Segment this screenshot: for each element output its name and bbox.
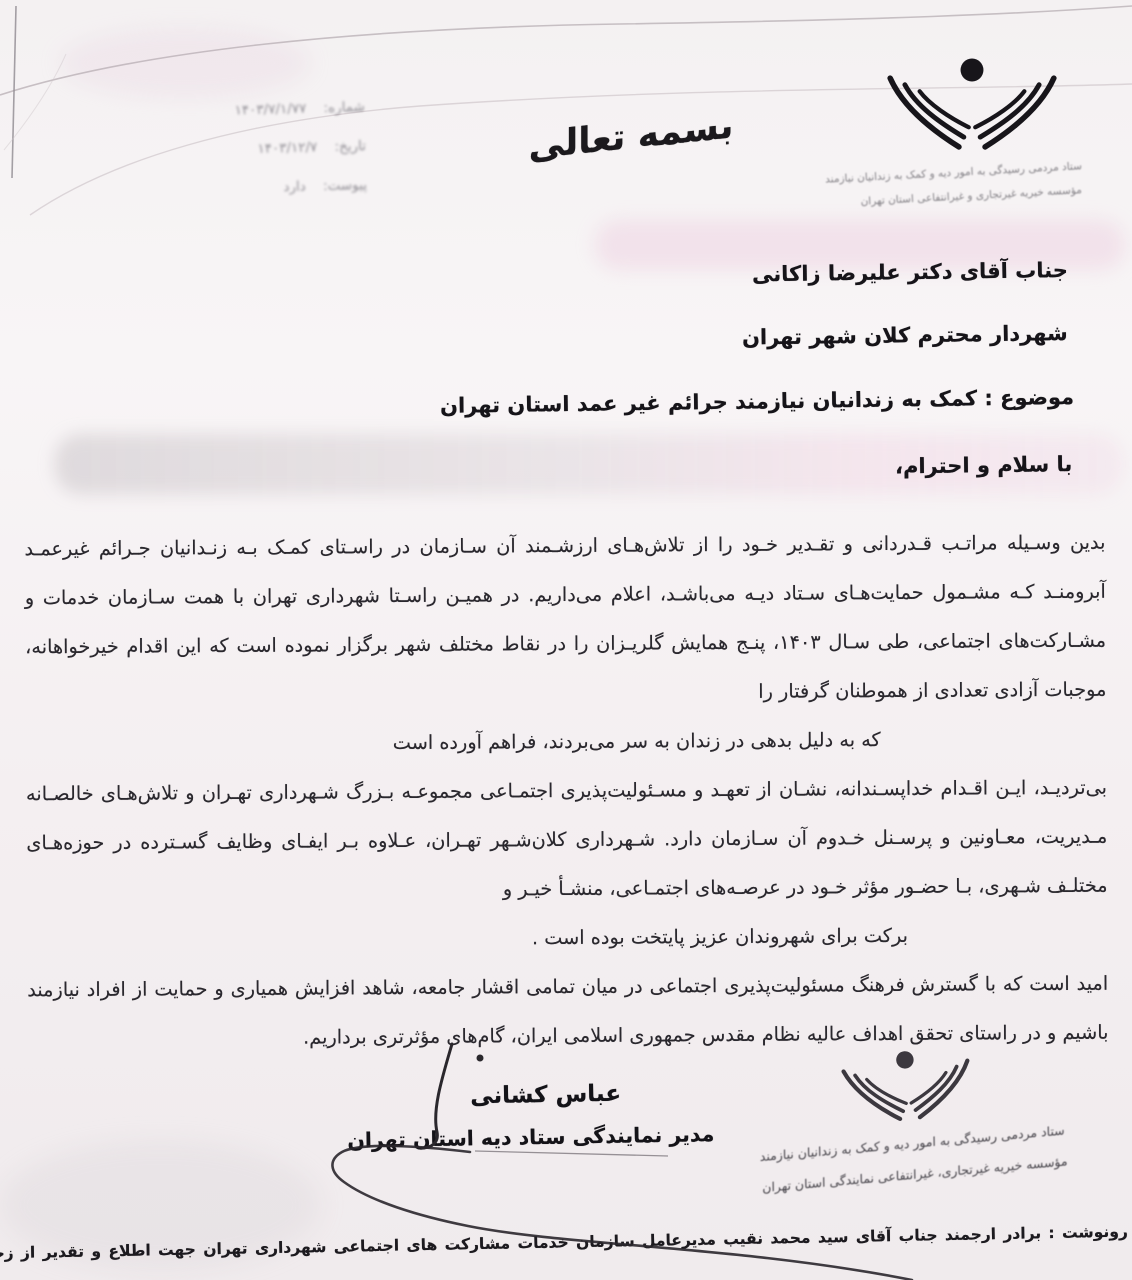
paragraph-1-lastline: که به دلیل بدهی در زندان به سر می‌بردند،…	[124, 715, 881, 769]
registry-stamp: شماره: ۱۴۰۳/۷/۱/۷۷ تاریخ: ۱۴۰۳/۱۲/۷ پیوس…	[65, 88, 368, 213]
recipient-name: جناب آقای دکتر علیرضا زاکانی	[752, 258, 1068, 286]
setad-dieh-logo-icon	[872, 52, 1072, 160]
salutation: با سلام و احترام،	[895, 452, 1073, 478]
bismillah-calligraphy: بسمه تعالی	[517, 104, 746, 169]
letter-body: بدین وسـیله مراتـب قـدردانی و تقـدیر خـو…	[24, 518, 1108, 1064]
cc-note: رونوشت : برادر ارجمند جناب آقای سید محمد…	[12, 1223, 1128, 1262]
subject-line: موضوع : کمک به زندانیان نیازمند جرائم غی…	[440, 385, 1074, 418]
signatory-title: مدیر نمایندگی ستاد دیه استان تهران	[378, 1122, 714, 1152]
org-stamp-logo-icon	[829, 1040, 986, 1135]
paragraph-1: بدین وسـیله مراتـب قـدردانی و تقـدیر خـو…	[24, 518, 1106, 721]
recipient-title: شهردار محترم کلان شهر تهران	[742, 321, 1068, 350]
signature-block: عباس کشانی مدیر نمایندگی ستاد دیه استان …	[377, 1079, 714, 1152]
org-letterhead: ستاد مردمی رسیدگی به امور دیه و کمک به ز…	[862, 52, 1082, 208]
paragraph-2-lastline: برکت برای شهروندان عزیز پایتخت بوده است …	[532, 910, 1108, 963]
scanned-letter-page: شماره: ۱۴۰۳/۷/۱/۷۷ تاریخ: ۱۴۰۳/۱۲/۷ پیوس…	[0, 0, 1132, 1280]
paragraph-2: بی‌تردیـد، ایـن اقـدام خداپسـندانه، نشـا…	[26, 763, 1108, 917]
registry-stamp-attachment: پیوست: دارد	[67, 166, 368, 213]
ink-bleed-smudge	[60, 28, 310, 98]
signatory-name: عباس کشانی	[377, 1079, 713, 1111]
